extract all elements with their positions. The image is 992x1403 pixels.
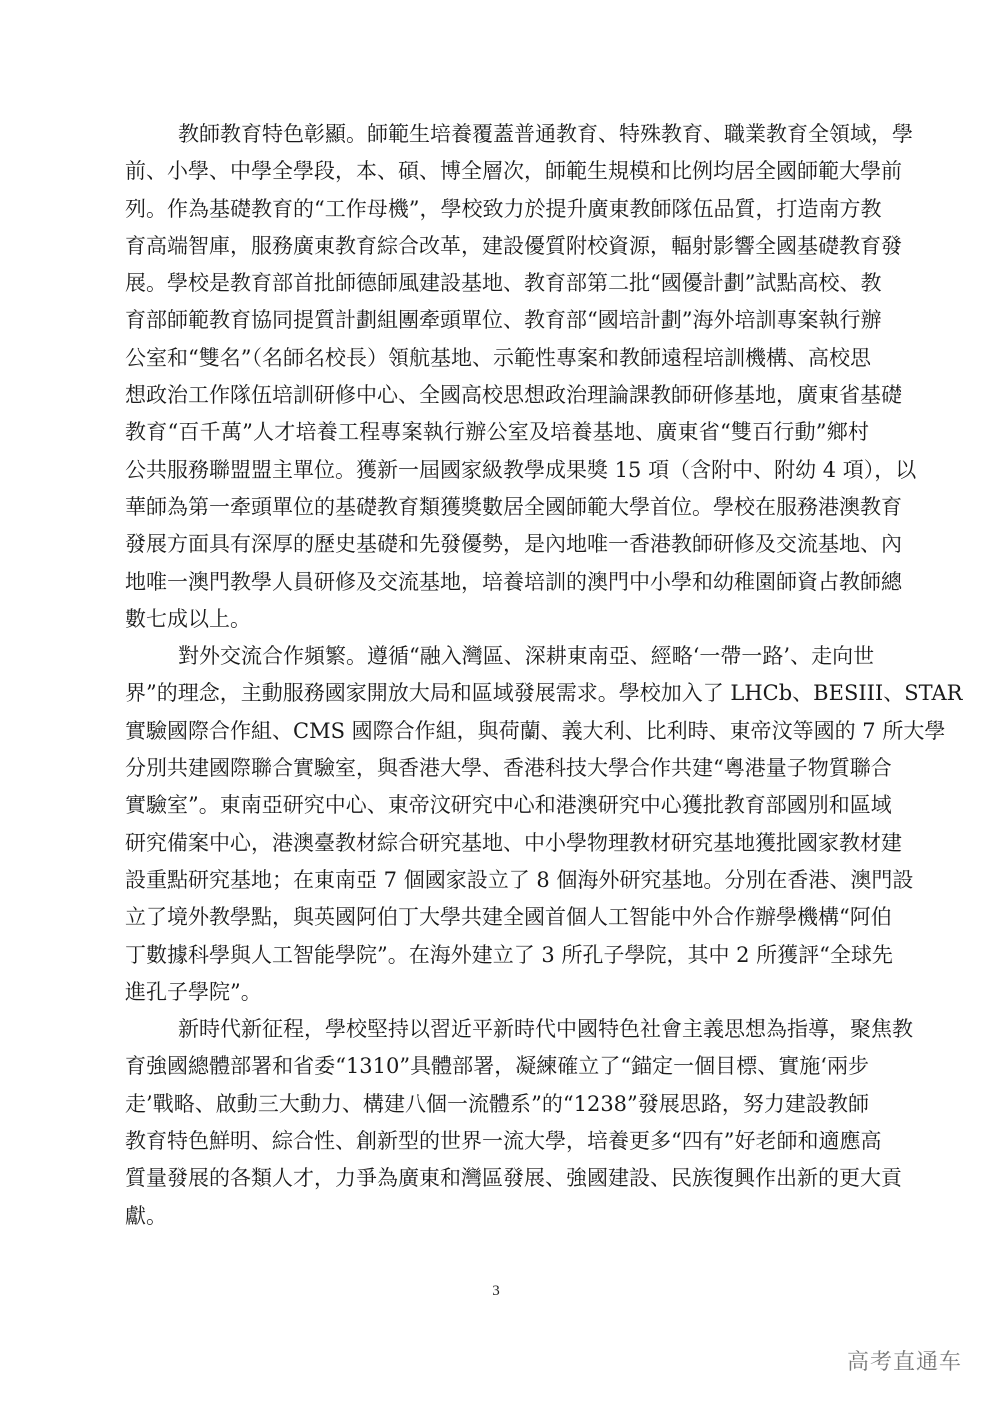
document-page: 教師教育特色彰顯。師範生培養覆蓋普通教育、特殊教育、職業教育全領域，學 前、小學… [0, 0, 992, 1403]
text-line: 丁數據科學與人工智能學院”。在海外建立了 3 所孔子學院，其中 2 所獲評“全球… [125, 937, 869, 974]
text-line: 想政治工作隊伍培訓研修中心、全國高校思想政治理論課教師研修基地，廣東省基礎 [125, 377, 869, 414]
text-line: 前、小學、中學全學段，本、碩、博全層次，師範生規模和比例均居全國師範大學前 [125, 153, 869, 190]
text-line: 展。學校是教育部首批師德師風建設基地、教育部第二批“國優計劃”試點高校、教 [125, 265, 869, 302]
text-line: 實驗國際合作組、CMS 國際合作組，與荷蘭、義大利、比利時、東帝汶等國的 7 所… [125, 713, 869, 750]
text-line: 育高端智庫，服務廣東教育綜合改革，建設優質附校資源，輻射影響全國基礎教育發 [125, 228, 869, 265]
paragraph-teacher-education: 教師教育特色彰顯。師範生培養覆蓋普通教育、特殊教育、職業教育全領域，學 前、小學… [125, 116, 869, 638]
text-line: 教育“百千萬”人才培養工程專案執行辦公室及培養基地、廣東省“雙百行動”鄉村 [125, 414, 869, 451]
text-line: 華師為第一牽頭單位的基礎教育類獲獎數居全國師範大學首位。學校在服務港澳教育 [125, 489, 869, 526]
text-line: 育部師範教育協同提質計劃組團牽頭單位、教育部“國培計劃”海外培訓專案執行辦 [125, 302, 869, 339]
text-line: 進孔子學院”。 [125, 974, 869, 1011]
paragraph-international-exchange: 對外交流合作頻繁。遵循“融入灣區、深耕東南亞、經略‘一帶一路’、走向世 界”的理… [125, 638, 869, 1011]
text-line: 列。作為基礎教育的“工作母機”，學校致力於提升廣東教師隊伍品質，打造南方教 [125, 191, 869, 228]
text-line: 立了境外教學點，與英國阿伯丁大學共建全國首個人工智能中外合作辦學機構“阿伯 [125, 899, 869, 936]
watermark-label: 高考直通车 [847, 1345, 962, 1376]
text-line: 地唯一澳門教學人員研修及交流基地，培養培訓的澳門中小學和幼稚園師資占教師總 [125, 564, 869, 601]
body-text: 教師教育特色彰顯。師範生培養覆蓋普通教育、特殊教育、職業教育全領域，學 前、小學… [125, 116, 869, 1235]
text-line: 設重點研究基地；在東南亞 7 個國家設立了 8 個海外研究基地。分別在香港、澳門… [125, 862, 869, 899]
paragraph-new-era: 新時代新征程，學校堅持以習近平新時代中國特色社會主義思想為指導，聚焦教 育強國總… [125, 1011, 869, 1235]
text-line: 公共服務聯盟盟主單位。獲新一屆國家級教學成果獎 15 項（含附中、附幼 4 項）… [125, 452, 869, 489]
text-line: 教師教育特色彰顯。師範生培養覆蓋普通教育、特殊教育、職業教育全領域，學 [125, 116, 869, 153]
text-line: 走’戰略、啟動三大動力、構建八個一流體系”的“1238”發展思路，努力建設教師 [125, 1086, 869, 1123]
text-line: 教育特色鮮明、綜合性、創新型的世界一流大學，培養更多“四有”好老師和適應高 [125, 1123, 869, 1160]
text-line: 發展方面具有深厚的歷史基礎和先發優勢，是內地唯一香港教師研修及交流基地、內 [125, 526, 869, 563]
text-line: 對外交流合作頻繁。遵循“融入灣區、深耕東南亞、經略‘一帶一路’、走向世 [125, 638, 869, 675]
text-line: 獻。 [125, 1198, 869, 1235]
text-line: 數七成以上。 [125, 601, 869, 638]
text-line: 界”的理念，主動服務國家開放大局和區域發展需求。學校加入了 LHCb、BESII… [125, 675, 869, 712]
text-line: 公室和“雙名”（名師名校長）領航基地、示範性專案和教師遠程培訓機構、高校思 [125, 340, 869, 377]
text-line: 實驗室”。東南亞研究中心、東帝汶研究中心和港澳研究中心獲批教育部國別和區域 [125, 787, 869, 824]
text-line: 研究備案中心，港澳臺教材綜合研究基地、中小學物理教材研究基地獲批國家教材建 [125, 825, 869, 862]
text-line: 質量發展的各類人才，力爭為廣東和灣區發展、強國建設、民族復興作出新的更大貢 [125, 1160, 869, 1197]
text-line: 育強國總體部署和省委“1310”具體部署，凝練確立了“錨定一個目標、實施‘兩步 [125, 1048, 869, 1085]
text-line: 新時代新征程，學校堅持以習近平新時代中國特色社會主義思想為指導，聚焦教 [125, 1011, 869, 1048]
text-line: 分別共建國際聯合實驗室，與香港大學、香港科技大學合作共建“粵港量子物質聯合 [125, 750, 869, 787]
page-number: 3 [0, 1283, 992, 1300]
